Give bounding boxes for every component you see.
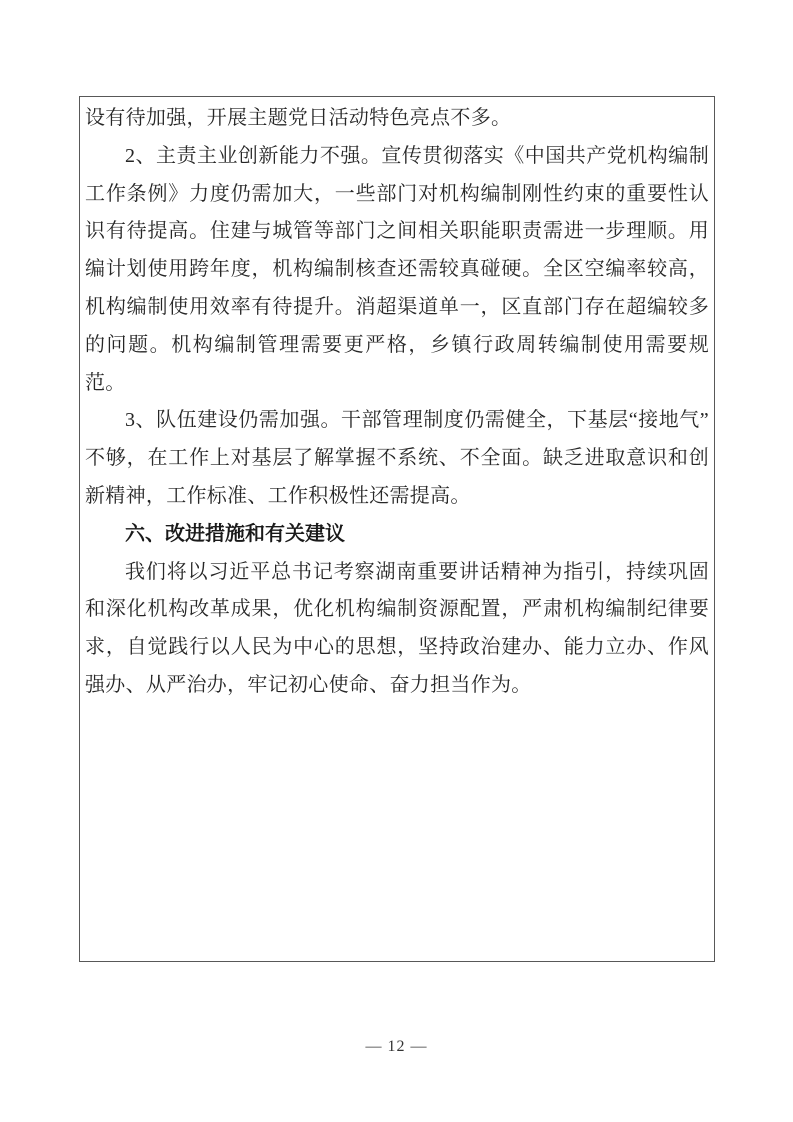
content-table-cell: 设有待加强，开展主题党日活动特色亮点不多。 2、主责主业创新能力不强。宣传贯彻落… [79,96,715,962]
paragraph-issue-2: 2、主责主业创新能力不强。宣传贯彻落实《中国共产党机构编制工作条例》力度仍需加大… [85,138,709,403]
page-number: — 12 — [0,1037,793,1057]
paragraph-continuation: 设有待加强，开展主题党日活动特色亮点不多。 [85,100,709,138]
document-page: 设有待加强，开展主题党日活动特色亮点不多。 2、主责主业创新能力不强。宣传贯彻落… [0,0,793,1122]
paragraph-measures: 我们将以习近平总书记考察湖南重要讲话精神为指引，持续巩固和深化机构改革成果，优化… [85,554,709,705]
section-heading: 六、改进措施和有关建议 [85,516,709,554]
paragraph-issue-3: 3、队伍建设仍需加强。干部管理制度仍需健全，下基层“接地气”不够，在工作上对基层… [85,402,709,515]
